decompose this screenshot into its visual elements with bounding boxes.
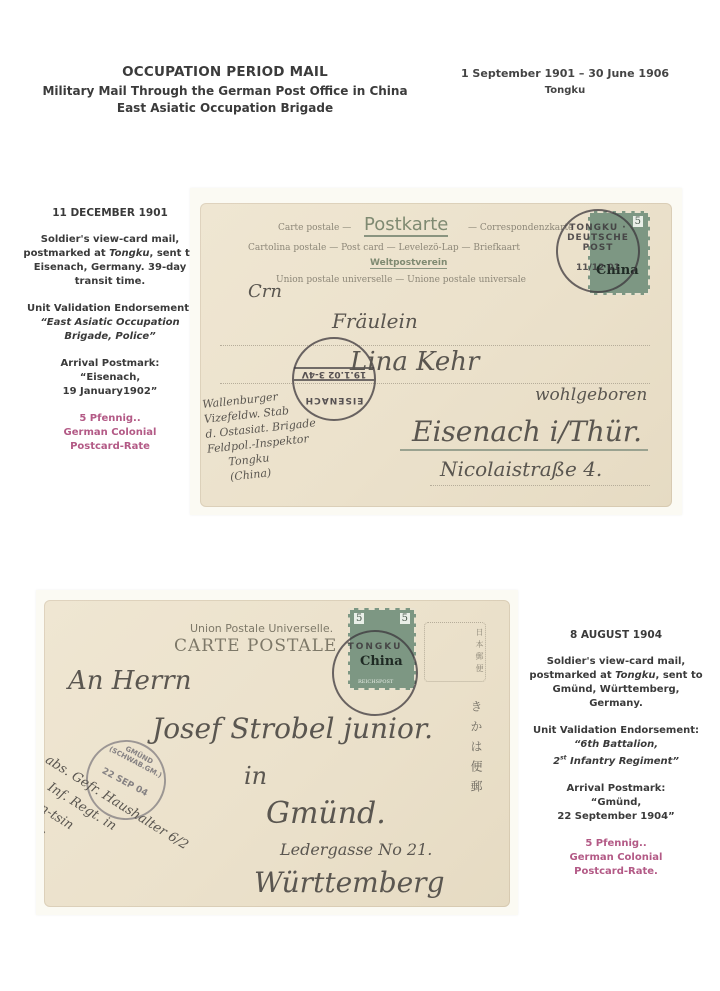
item-1-caption: 11 DECEMBER 1901 Soldier's view-card mai… bbox=[22, 206, 198, 467]
item-1-postcard: Carte postale — Postkarte — Corresponden… bbox=[200, 203, 672, 507]
card-2-hand-name: Josef Strobel junior. bbox=[152, 712, 433, 745]
item-2-postcard: Union Postale Universelle. CARTE POSTALE… bbox=[44, 600, 510, 907]
card-1-hand-street: Nicolaistraße 4. bbox=[440, 457, 602, 481]
item-1-description: Soldier's view-card mail, postmarked at … bbox=[22, 233, 198, 289]
card-2-union-postale: Union Postale Universelle. bbox=[190, 622, 333, 635]
item-1-rate: 5 Pfennig..German ColonialPostcard-Rate bbox=[22, 412, 198, 454]
card-2-carte-postale: CARTE POSTALE bbox=[174, 636, 337, 656]
card-1-hand-name: Lina Kehr bbox=[350, 347, 479, 377]
card-1-hand-city: Eisenach i/Thür. bbox=[412, 415, 642, 448]
page-subtitle-2: East Asiatic Occupation Brigade bbox=[0, 101, 450, 115]
card-1-tongku-postmark: TONGKU · DEUTSCHE POST 11/12 01 bbox=[556, 209, 640, 293]
card-1-languages: Cartolina postale — Post card — Levelezö… bbox=[248, 243, 520, 253]
item-2-description: Soldier's view-card mail, postmarked at … bbox=[524, 655, 708, 711]
card-1-weltpostverein: Weltpostverein bbox=[370, 258, 447, 269]
item-2-caption: 8 AUGUST 1904 Soldier's view-card mail, … bbox=[524, 628, 708, 892]
item-2-rate: 5 Pfennig..German ColonialPostcard-Rate. bbox=[524, 837, 708, 879]
card-2-hand-city: Gmünd. bbox=[266, 796, 386, 831]
card-1-postkarte-title: Postkarte bbox=[364, 215, 448, 237]
item-2-date: 8 AUGUST 1904 bbox=[524, 628, 708, 642]
item-2-validation: Unit Validation Endorsement:“6th Battali… bbox=[524, 724, 708, 769]
card-1-union-postale: Union postale universelle — Unione posta… bbox=[276, 275, 526, 285]
card-1-hand-wohlgeboren: wohlgeboren bbox=[535, 385, 647, 405]
card-2-japanese-vertical: きかは便郵 bbox=[468, 700, 485, 800]
card-2-hand-state: Württemberg bbox=[254, 866, 445, 899]
page-title: OCCUPATION PERIOD MAIL bbox=[0, 64, 450, 80]
card-2-hand-greeting: An Herrn bbox=[68, 666, 191, 696]
card-1-carte-postale: Carte postale — bbox=[278, 223, 351, 233]
card-1-hand-corner: Crn bbox=[248, 281, 282, 302]
card-2-tongku-postmark: TONGKU bbox=[332, 630, 418, 716]
item-1-arrival: Arrival Postmark:“Eisenach,19 January190… bbox=[22, 357, 198, 399]
card-2-japanese-box: 日本郵便 bbox=[424, 622, 486, 682]
card-1-hand-fraulein: Fräulein bbox=[332, 309, 418, 333]
card-1-hand-sender: Wallenburger Vizefeldw. Stab d. Ostasiat… bbox=[202, 385, 322, 486]
place-label: Tongku bbox=[430, 85, 700, 96]
item-1-validation: Unit Validation Endorsement:“East Asiati… bbox=[22, 302, 198, 344]
page-subtitle: Military Mail Through the German Post Of… bbox=[0, 84, 450, 98]
date-range: 1 September 1901 – 30 June 1906 bbox=[430, 67, 700, 80]
item-1-date: 11 DECEMBER 1901 bbox=[22, 206, 198, 220]
card-2-hand-in: in bbox=[244, 762, 267, 790]
item-2-arrival: Arrival Postmark:“Gmünd,22 September 190… bbox=[524, 782, 708, 824]
card-2-hand-street: Ledergasse No 21. bbox=[280, 840, 432, 859]
